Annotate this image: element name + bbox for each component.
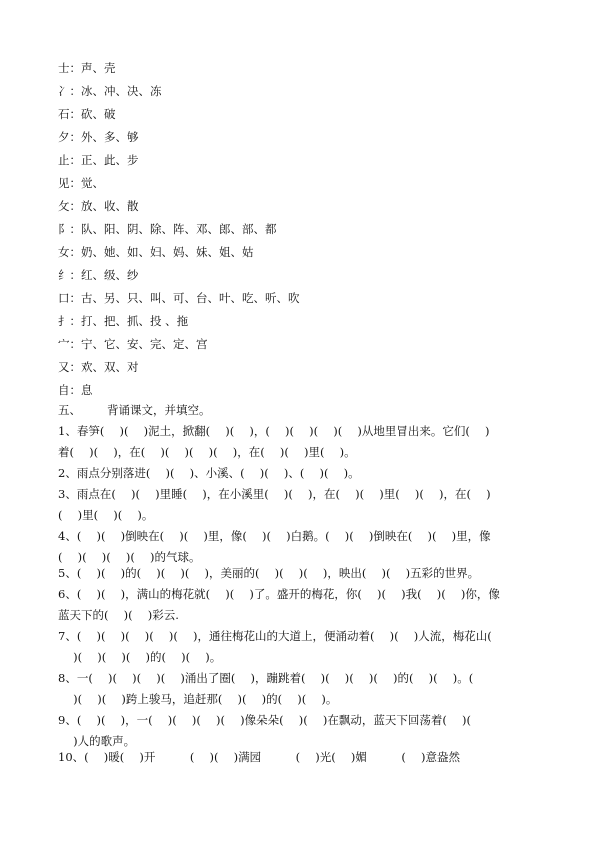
- section-title: 背诵课文，并填空。: [107, 403, 211, 417]
- question-line: 蓝天下的( )( )彩云.: [58, 608, 546, 622]
- radical-chars: 正、此、步: [81, 153, 139, 167]
- radical-row: 阝：队、阳、阴、除、阵、邓、郎、部、都: [58, 222, 277, 236]
- question-line: )人的歌声。: [58, 734, 546, 748]
- question-8: 8、一( )( )( )( )涌出了圈( )，蹦跳着( )( )( )( )的(…: [58, 671, 546, 706]
- radical-row: 女：奶、她、如、妇、妈、妹、姐、姑: [58, 245, 254, 259]
- radical-row: 扌：打、把、抓、投 、拖: [58, 314, 188, 328]
- question-4: 4、( )( )倒映在( )( )里，像( )( )白鹅。( )( )倒映在( …: [58, 529, 546, 564]
- radical-row: 止：正、此、步: [58, 153, 139, 167]
- question-line: 2、雨点分别落进( )( )、小溪、( )( )、( )( )。: [58, 466, 546, 480]
- question-line: 9、( )( )，一( )( )( )( )像朵朵( )( )在飘动，蓝天下回荡…: [58, 713, 546, 727]
- section-heading: 五、背诵课文，并填空。: [58, 403, 211, 417]
- question-line: 着( )( )，在( )( )( )( )，在( )( )里( )。: [58, 445, 546, 459]
- question-line: 3、雨点在( )( )里睡( )，在小溪里( )( )，在( )( )里( )(…: [58, 487, 546, 501]
- radical: 攵: [58, 199, 70, 213]
- question-10: 10、( )暖( )开 ( )( )满园 ( )光( )媚 ( )意盎然: [58, 750, 546, 764]
- radical: 阝: [58, 222, 70, 236]
- question-line: 7、( )( )( )( )( )，通往梅花山的大道上，便涌动着( )( )人流…: [58, 629, 546, 643]
- radical: 冫: [58, 84, 70, 98]
- question-line: )( )( )( )的( )( )。: [58, 650, 546, 664]
- section-number: 五、: [58, 403, 81, 417]
- radical: 又: [58, 360, 70, 374]
- radical-chars: 古、另、只、叫、可、台、叶、吃、听、吹: [81, 291, 300, 305]
- radical-chars: 觉、: [81, 176, 104, 190]
- radical: 见: [58, 176, 70, 190]
- radical-row: 纟：红、级、纱: [58, 268, 139, 282]
- question-line: 8、一( )( )( )( )涌出了圈( )，蹦跳着( )( )( )( )的(…: [58, 671, 546, 685]
- question-7: 7、( )( )( )( )( )，通往梅花山的大道上，便涌动着( )( )人流…: [58, 629, 546, 664]
- radical-chars: 奶、她、如、妇、妈、妹、姐、姑: [81, 245, 254, 259]
- radical: 女: [58, 245, 70, 259]
- question-3: 3、雨点在( )( )里睡( )，在小溪里( )( )，在( )( )里( )(…: [58, 487, 546, 522]
- question-6: 6、( )( )，满山的梅花就( )( )了。盛开的梅花，你( )( )我( )…: [58, 587, 546, 622]
- radical: 石: [58, 107, 70, 121]
- question-line: ( )( )( )( )的气球。: [58, 550, 546, 564]
- radical-chars: 外、多、够: [81, 130, 139, 144]
- radical: 扌: [58, 314, 70, 328]
- radical-chars: 放、收、散: [81, 199, 139, 213]
- radical-row: 夕：外、多、够: [58, 130, 139, 144]
- radical-row: 冫：冰、冲、决、冻: [58, 84, 162, 98]
- radical-chars: 队、阳、阴、除、阵、邓、郎、部、都: [81, 222, 277, 236]
- radical-chars: 欢、双、对: [81, 360, 139, 374]
- radical-row: 士：声、壳: [58, 61, 116, 75]
- question-line: 10、( )暖( )开 ( )( )满园 ( )光( )媚 ( )意盎然: [58, 750, 546, 764]
- radical: 纟: [58, 268, 70, 282]
- question-5: 5、( )( )的( )( )( )，美丽的( )( )( )，映出( )( )…: [58, 566, 546, 580]
- radical-row: 又：欢、双、对: [58, 360, 139, 374]
- radical-row: 宀：宁、它、安、完、定、宫: [58, 337, 208, 351]
- radical-row: 石：砍、破: [58, 107, 116, 121]
- radical: 夕: [58, 130, 70, 144]
- question-line: 1、春笋( )( )泥土，掀翻( )( )，( )( )( )( )从地里冒出来…: [58, 424, 546, 438]
- question-line: 5、( )( )的( )( )( )，美丽的( )( )( )，映出( )( )…: [58, 566, 546, 580]
- radical: 自: [58, 383, 70, 397]
- radical-chars: 声、壳: [81, 61, 116, 75]
- radical-chars: 冰、冲、决、冻: [81, 84, 162, 98]
- radical: 口: [58, 291, 70, 305]
- radical: 止: [58, 153, 70, 167]
- radical-row: 见：觉、: [58, 176, 104, 190]
- radical-row: 口：古、另、只、叫、可、台、叶、吃、听、吹: [58, 291, 300, 305]
- radical-chars: 宁、它、安、完、定、宫: [81, 337, 208, 351]
- radical-chars: 打、把、抓、投 、拖: [81, 314, 188, 328]
- question-line: 6、( )( )，满山的梅花就( )( )了。盛开的梅花，你( )( )我( )…: [58, 587, 546, 601]
- question-1: 1、春笋( )( )泥土，掀翻( )( )，( )( )( )( )从地里冒出来…: [58, 424, 546, 459]
- radical-row: 自：息: [58, 383, 93, 397]
- question-line: ( )里( )( )。: [58, 508, 546, 522]
- radical-chars: 息: [81, 383, 93, 397]
- radical-row: 攵：放、收、散: [58, 199, 139, 213]
- question-line: )( )( )跨上骏马，追赶那( )( )的( )( )。: [58, 692, 546, 706]
- radical-chars: 砍、破: [81, 107, 116, 121]
- question-9: 9、( )( )，一( )( )( )( )像朵朵( )( )在飘动，蓝天下回荡…: [58, 713, 546, 748]
- radical: 宀: [58, 337, 70, 351]
- question-2: 2、雨点分别落进( )( )、小溪、( )( )、( )( )。: [58, 466, 546, 480]
- radical-chars: 红、级、纱: [81, 268, 139, 282]
- question-line: 4、( )( )倒映在( )( )里，像( )( )白鹅。( )( )倒映在( …: [58, 529, 546, 543]
- radical: 士: [58, 61, 70, 75]
